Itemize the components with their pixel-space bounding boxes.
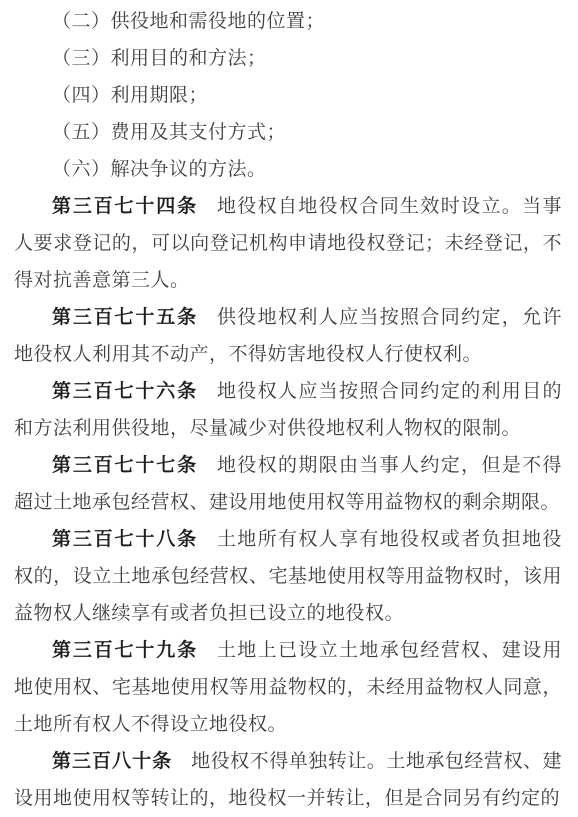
article-number: 第三百七十五条	[52, 307, 198, 328]
clause-text: （四）利用期限；	[52, 85, 208, 106]
article-paragraph: 第三百七十四条地役权自地役权合同生效时设立。当事人要求登记的，可以向登记机构申请…	[14, 188, 562, 299]
article-number: 第三百八十条	[52, 751, 172, 772]
article-number: 第三百七十九条	[52, 640, 198, 661]
article-paragraph: 第三百七十七条地役权的期限由当事人约定，但是不得超过土地承包经营权、建设用地使用…	[14, 447, 562, 521]
clause-text: （五）费用及其支付方式；	[52, 122, 286, 143]
document-page: （二）供役地和需役地的位置；（三）利用目的和方法；（四）利用期限；（五）费用及其…	[0, 0, 578, 817]
legal-text-body: （二）供役地和需役地的位置；（三）利用目的和方法；（四）利用期限；（五）费用及其…	[14, 3, 562, 817]
article-number: 第三百七十四条	[52, 196, 198, 217]
article-paragraph: 第三百七十五条供役地权利人应当按照合同约定，允许地役权人利用其不动产，不得妨害地…	[14, 299, 562, 373]
article-number: 第三百七十七条	[52, 455, 198, 476]
article-number: 第三百七十八条	[52, 529, 198, 550]
clause-item: （二）供役地和需役地的位置；	[14, 3, 562, 40]
clause-text: （六）解决争议的方法。	[52, 159, 267, 180]
article-paragraph: 第三百七十六条地役权人应当按照合同约定的利用目的和方法利用供役地，尽量减少对供役…	[14, 373, 562, 447]
article-paragraph: 第三百七十八条土地所有权人享有地役权或者负担地役权的，设立土地承包经营权、宅基地…	[14, 521, 562, 632]
article-paragraph: 第三百八十条地役权不得单独转让。土地承包经营权、建设用地使用权等转让的，地役权一…	[14, 743, 562, 817]
clause-item: （六）解决争议的方法。	[14, 151, 562, 188]
clause-text: （三）利用目的和方法；	[52, 48, 267, 69]
clause-text: （二）供役地和需役地的位置；	[52, 11, 325, 32]
clause-item: （三）利用目的和方法；	[14, 40, 562, 77]
article-paragraph: 第三百七十九条土地上已设立土地承包经营权、建设用地使用权、宅基地使用权等用益物权…	[14, 632, 562, 743]
clause-item: （五）费用及其支付方式；	[14, 114, 562, 151]
article-number: 第三百七十六条	[52, 381, 198, 402]
clause-item: （四）利用期限；	[14, 77, 562, 114]
